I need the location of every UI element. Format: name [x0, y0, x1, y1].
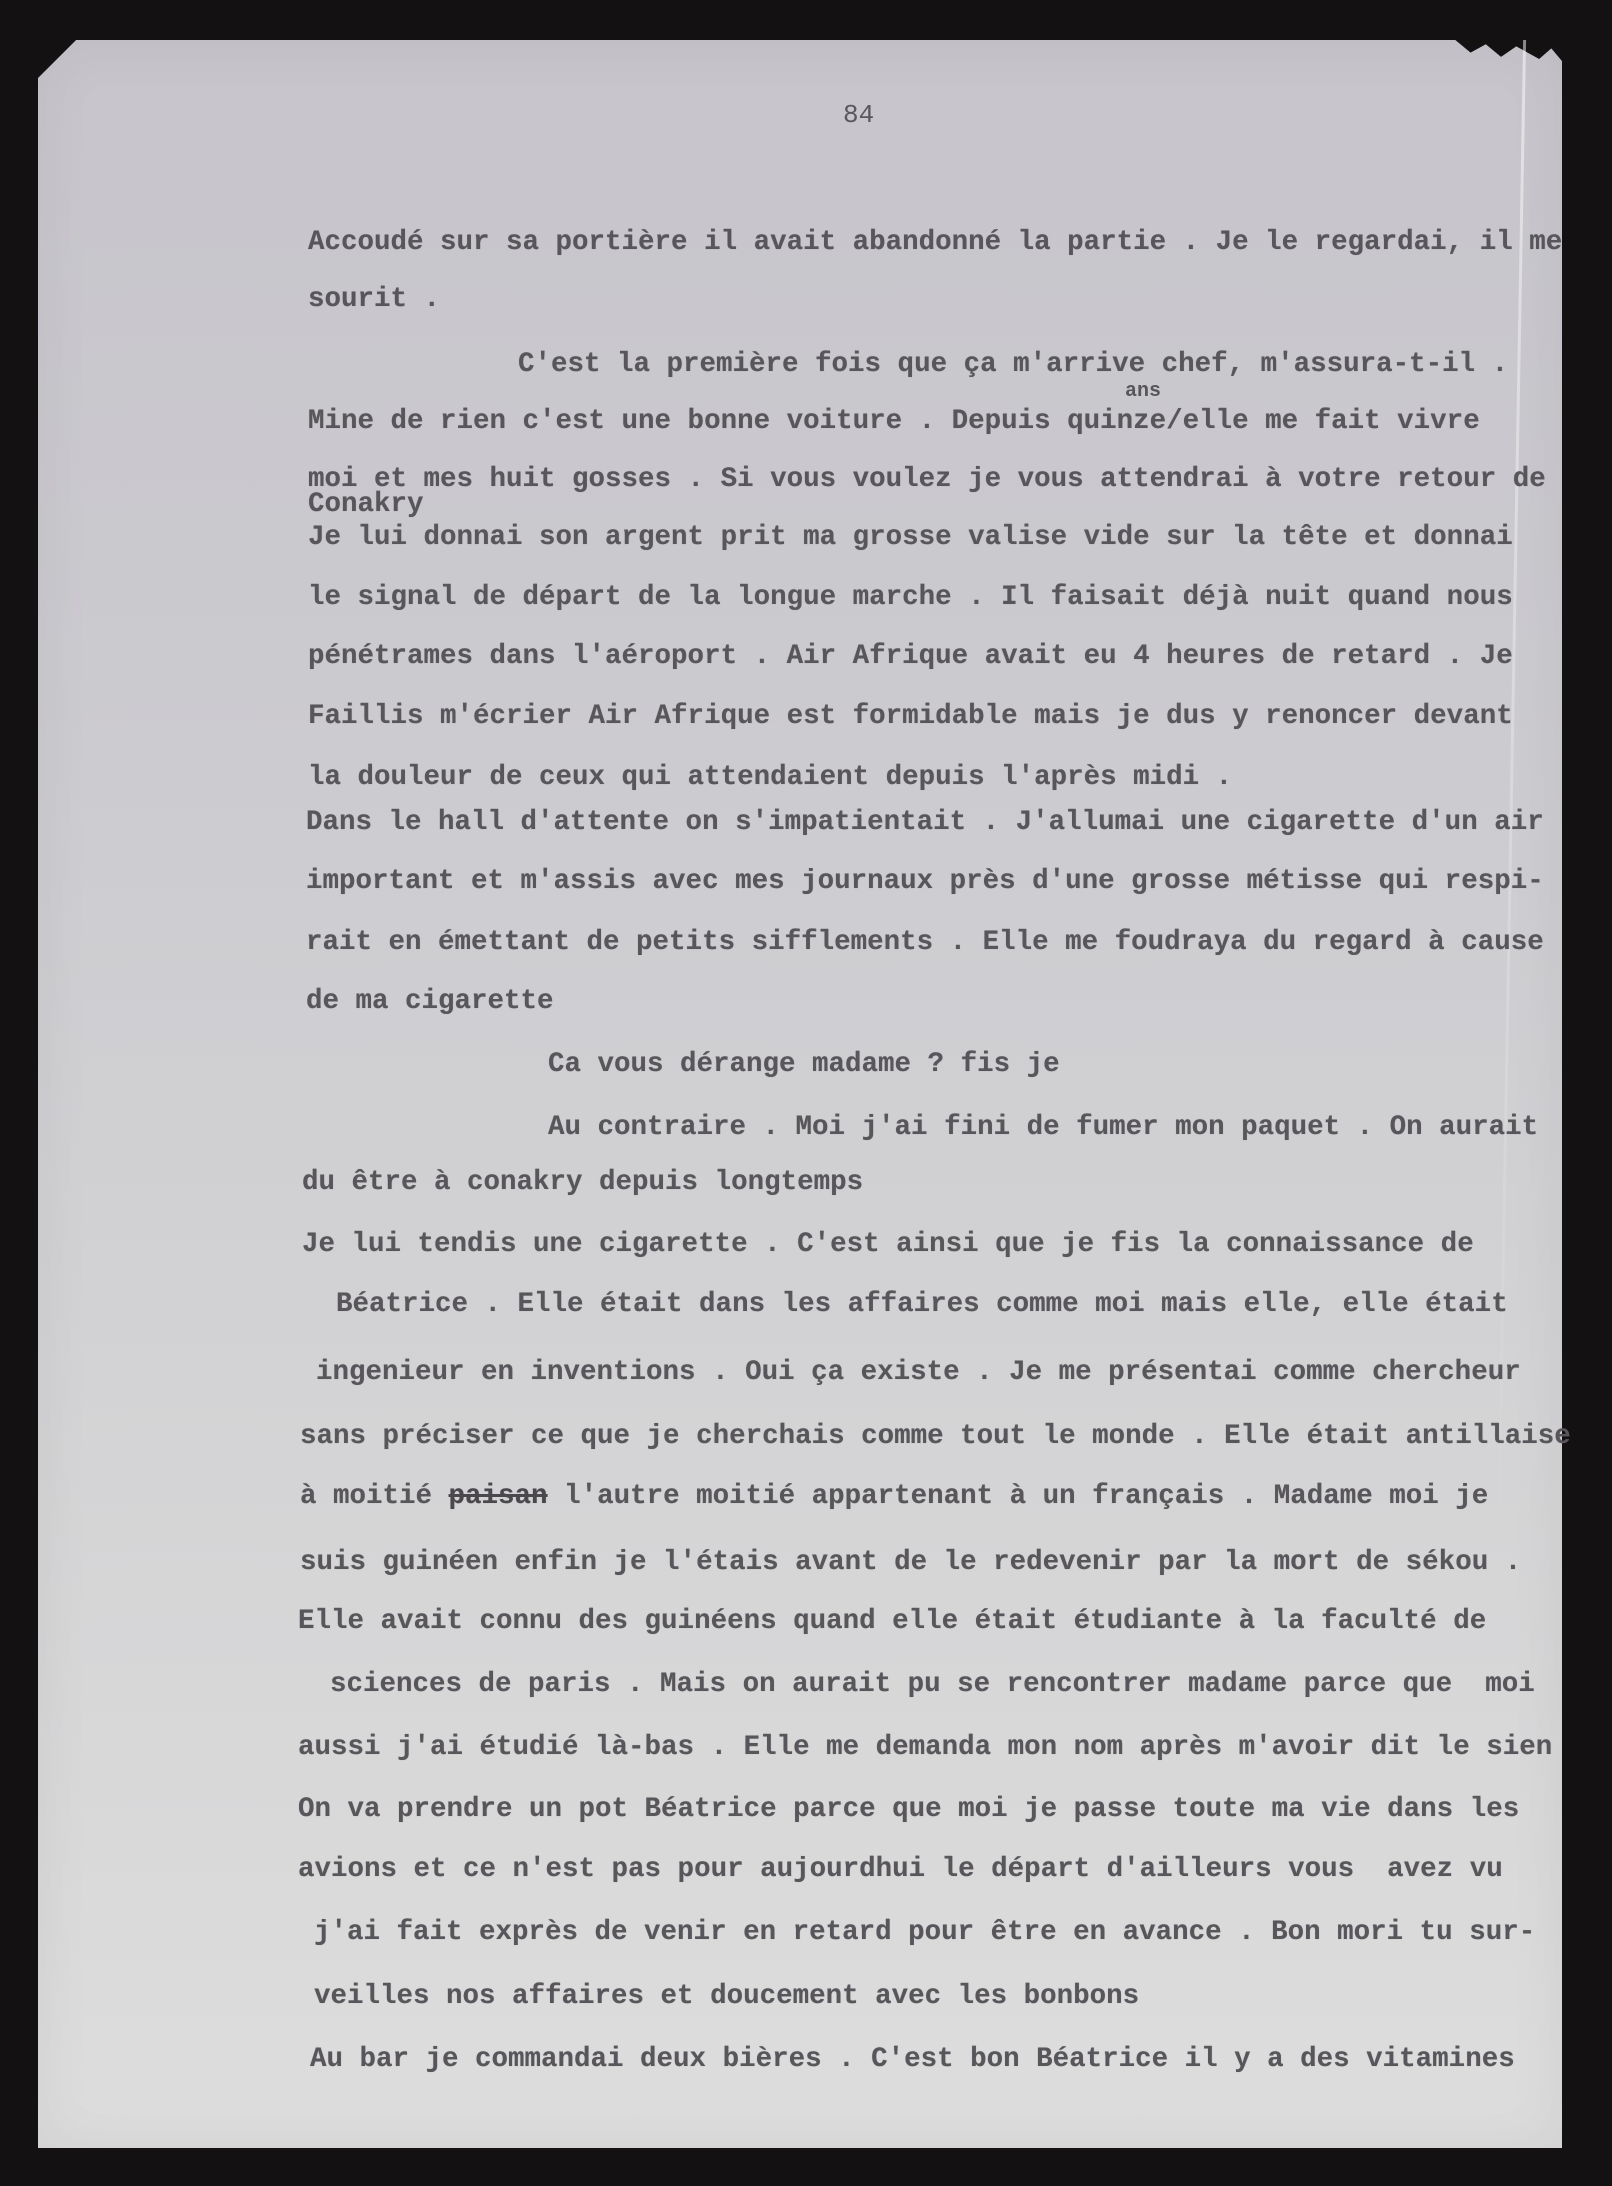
text-line: Au contraire . Moi j'ai fini de fumer mo…: [548, 1113, 1538, 1143]
line-text: C'est la première fois que ça m'arrive c…: [518, 349, 1508, 380]
text-line: sans préciser ce que je cherchais comme …: [300, 1422, 1571, 1452]
text-line: Mine de rien c'est une bonne voiture . D…: [308, 407, 1480, 437]
text-line: sciences de paris . Mais on aurait pu se…: [330, 1670, 1535, 1700]
line-text: moi et mes huit gosses . Si vous voulez …: [308, 464, 1546, 495]
line-text: Au bar je commandai deux bières . C'est …: [310, 2044, 1515, 2075]
text-line: moi et mes huit gosses . Si vous voulez …: [308, 465, 1546, 495]
line-text: Dans le hall d'attente on s'impatientait…: [306, 807, 1544, 838]
line-text: avions et ce n'est pas pour aujourdhui l…: [298, 1854, 1503, 1885]
text-line: suis guinéen enfin je l'étais avant de l…: [300, 1548, 1521, 1578]
text-line: Je lui donnai son argent prit ma grosse …: [308, 523, 1513, 553]
line-text: Accoudé sur sa portière il avait abandon…: [308, 227, 1562, 258]
line-text: de ma cigarette: [306, 986, 554, 1017]
text-line: Béatrice . Elle était dans les affaires …: [336, 1290, 1508, 1320]
text-line: Ca vous dérange madame ? fis je: [548, 1050, 1060, 1080]
line-text: sourit .: [308, 284, 440, 315]
text-line: rait en émettant de petits sifflements .…: [306, 928, 1544, 958]
line-text: Au contraire . Moi j'ai fini de fumer mo…: [548, 1112, 1538, 1143]
line-text: le signal de départ de la longue marche …: [308, 582, 1513, 613]
text-line: avions et ce n'est pas pour aujourdhui l…: [298, 1855, 1503, 1885]
text-line: Je lui tendis une cigarette . C'est ains…: [302, 1230, 1474, 1260]
line-text: Je lui donnai son argent prit ma grosse …: [308, 522, 1513, 553]
line-text: Ca vous dérange madame ? fis je: [548, 1049, 1060, 1080]
line-text: important et m'assis avec mes journaux p…: [306, 866, 1544, 897]
line-text: ingenieur en inventions . Oui ça existe …: [316, 1357, 1521, 1388]
text-line: pénétrames dans l'aéroport . Air Afrique…: [308, 642, 1513, 672]
line-text: Béatrice . Elle était dans les affaires …: [336, 1289, 1508, 1320]
text-line: veilles nos affaires et doucement avec l…: [314, 1982, 1139, 2012]
handwritten-insertion: ans: [1125, 380, 1161, 403]
line-text-continued: l'autre moitié appartenant à un français…: [564, 1481, 1488, 1512]
text-line: le signal de départ de la longue marche …: [308, 583, 1513, 613]
text-line: Conakry: [308, 490, 424, 520]
struck-word: paisan: [449, 1481, 548, 1512]
line-text: sans préciser ce que je cherchais comme …: [300, 1421, 1571, 1452]
line-text: On va prendre un pot Béatrice parce que …: [298, 1794, 1519, 1825]
line-text: veilles nos affaires et doucement avec l…: [314, 1981, 1139, 2012]
page-number: 84: [843, 100, 874, 130]
line-text: Elle avait connu des guinéens quand elle…: [298, 1606, 1486, 1637]
text-line: Accoudé sur sa portière il avait abandon…: [308, 228, 1562, 258]
text-line: C'est la première fois que ça m'arrive c…: [518, 350, 1508, 380]
text-line: à moitié paisan l'autre moitié appartena…: [300, 1482, 1488, 1512]
line-text: Je lui tendis une cigarette . C'est ains…: [302, 1229, 1474, 1260]
text-line: On va prendre un pot Béatrice parce que …: [298, 1795, 1519, 1825]
text-line: Au bar je commandai deux bières . C'est …: [310, 2045, 1515, 2075]
line-text: la douleur de ceux qui attendaient depui…: [308, 762, 1232, 793]
text-line: du être à conakry depuis longtemps: [302, 1168, 863, 1198]
text-line: Faillis m'écrier Air Afrique est formida…: [308, 702, 1513, 732]
line-text: pénétrames dans l'aéroport . Air Afrique…: [308, 641, 1513, 672]
line-text: du être à conakry depuis longtemps: [302, 1167, 863, 1198]
line-text: j'ai fait exprès de venir en retard pour…: [314, 1917, 1535, 1948]
text-line: sourit .: [308, 285, 440, 315]
line-text: rait en émettant de petits sifflements .…: [306, 927, 1544, 958]
line-text: à moitié: [300, 1481, 432, 1512]
line-text: sciences de paris . Mais on aurait pu se…: [330, 1669, 1535, 1700]
text-line: j'ai fait exprès de venir en retard pour…: [314, 1918, 1535, 1948]
text-line: aussi j'ai étudié là-bas . Elle me deman…: [298, 1733, 1552, 1763]
text-line: Elle avait connu des guinéens quand elle…: [298, 1607, 1486, 1637]
line-text: Faillis m'écrier Air Afrique est formida…: [308, 701, 1513, 732]
text-line: Dans le hall d'attente on s'impatientait…: [306, 808, 1544, 838]
line-text: suis guinéen enfin je l'étais avant de l…: [300, 1547, 1521, 1578]
text-line: important et m'assis avec mes journaux p…: [306, 867, 1544, 897]
line-text: Mine de rien c'est une bonne voiture . D…: [308, 406, 1480, 437]
text-line: de ma cigarette: [306, 987, 554, 1017]
text-line: ingenieur en inventions . Oui ça existe …: [316, 1358, 1521, 1388]
text-line: la douleur de ceux qui attendaient depui…: [308, 763, 1232, 793]
line-text: Conakry: [308, 489, 424, 520]
line-text: aussi j'ai étudié là-bas . Elle me deman…: [298, 1732, 1552, 1763]
